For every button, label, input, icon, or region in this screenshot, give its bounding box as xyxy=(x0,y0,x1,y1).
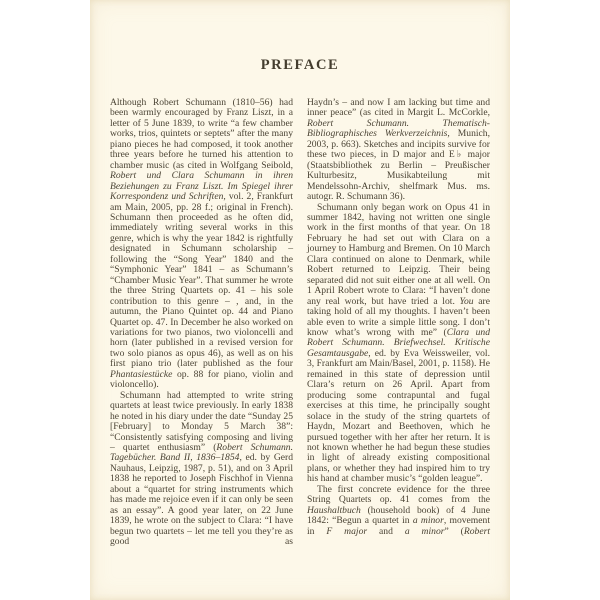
paragraph: Although Robert Schumann (1810–56) had b… xyxy=(110,98,293,391)
text-segment-italic: Robert xyxy=(464,526,490,537)
book-page: PREFACE Although Robert Schumann (1810–5… xyxy=(90,0,510,600)
text-column-right: Haydn’s – and now I am lacking but time … xyxy=(307,98,490,547)
paragraph: The first concrete evidence for the thre… xyxy=(307,485,490,537)
text-segment: , ed. by Eva Weissweiler, vol. 3, Frankf… xyxy=(307,348,490,484)
text-segment-italic: F major xyxy=(326,526,367,537)
text-segment: Schumann only began work on Opus 41 in s… xyxy=(307,202,490,307)
two-column-text-block: Although Robert Schumann (1810–56) had b… xyxy=(110,98,490,547)
text-segment: , ed. by Gerd Nauhaus, Leipzig, 1987, p.… xyxy=(110,452,293,547)
text-segment-italic: a minor xyxy=(405,526,445,537)
text-segment: ” ( xyxy=(444,526,463,537)
text-segment: , Munich, 2003, p. 663). Sketches and in… xyxy=(307,128,490,202)
screenshot-canvas: PREFACE Although Robert Schumann (1810–5… xyxy=(0,0,600,600)
text-segment: and xyxy=(367,526,405,537)
page-title: PREFACE xyxy=(90,57,510,74)
text-segment: Although Robert Schumann (1810–56) had b… xyxy=(110,97,293,171)
paragraph: Schumann had attempted to write string q… xyxy=(110,391,293,548)
text-segment: Haydn’s – and now I am lacking but time … xyxy=(307,97,490,118)
text-column-left: Although Robert Schumann (1810–56) had b… xyxy=(110,98,293,547)
paragraph: Schumann only began work on Opus 41 in s… xyxy=(307,203,490,485)
text-segment-italic: Phantasiestücke xyxy=(110,369,172,380)
text-segment-italic: You xyxy=(460,296,474,307)
text-segment-italic: a minor xyxy=(413,515,444,526)
paragraph: Haydn’s – and now I am lacking but time … xyxy=(307,98,490,203)
text-segment-italic: Haushaltbuch xyxy=(307,505,361,516)
text-segment: The first concrete evidence for the thre… xyxy=(307,484,490,505)
text-segment: , vol. 2, Frankfurt am Main, 2005, pp. 2… xyxy=(110,191,293,369)
